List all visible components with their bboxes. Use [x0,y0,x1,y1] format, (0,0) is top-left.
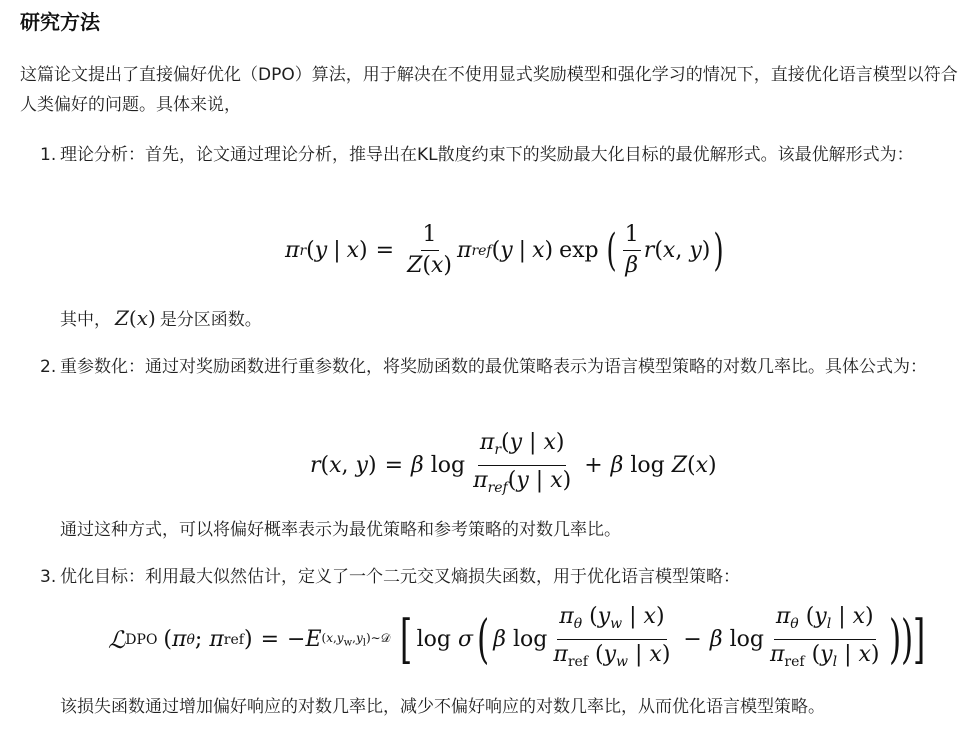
list-item-reparameterization: 2. 重参数化：通过对奖励函数进行重参数化，将奖励函数的最优策略表示为语言模型策… [40,352,965,382]
reparam-explanation: 通过这种方式，可以将偏好概率表示为最优策略和参考策略的对数几率比。 [60,515,965,545]
list-number: 1. [40,140,56,170]
formula-dpo-loss: ℒDPO (πθ; πref) = −E(x,yw,yl)∼𝒟 [ log σ … [108,604,929,675]
list-item-theory: 1. 理论分析：首先，论文通过理论分析，推导出在KL散度约束下的奖励最大化目标的… [40,140,965,170]
formula-reward-reparam: r(x, y) = β log πr(y | x)πref(y | x) + β… [310,430,717,501]
partition-function-note: 其中，Z(x)是分区函数。 [60,303,965,335]
list-item-text: 重参数化：通过对奖励函数进行重参数化，将奖励函数的最优策略表示为语言模型策略的对… [60,352,965,382]
loss-explanation: 该损失函数通过增加偏好响应的对数几率比，减少不偏好响应的对数几率比，从而优化语言… [60,692,965,722]
list-item-objective: 3. 优化目标：利用最大似然估计，定义了一个二元交叉熵损失函数，用于优化语言模型… [40,562,965,592]
section-title: 研究方法 [20,8,100,36]
formula-optimal-policy: πr(y|x) = 1Z(x) πref(y|x) exp ( 1β r(x, … [285,222,728,279]
list-item-text: 理论分析：首先，论文通过理论分析，推导出在KL散度约束下的奖励最大化目标的最优解… [60,140,965,170]
list-number: 2. [40,352,56,382]
list-number: 3. [40,562,56,592]
intro-paragraph: 这篇论文提出了直接偏好优化（DPO）算法，用于解决在不使用显式奖励模型和强化学习… [20,60,965,120]
list-item-text: 优化目标：利用最大似然估计，定义了一个二元交叉熵损失函数，用于优化语言模型策略： [60,562,965,592]
